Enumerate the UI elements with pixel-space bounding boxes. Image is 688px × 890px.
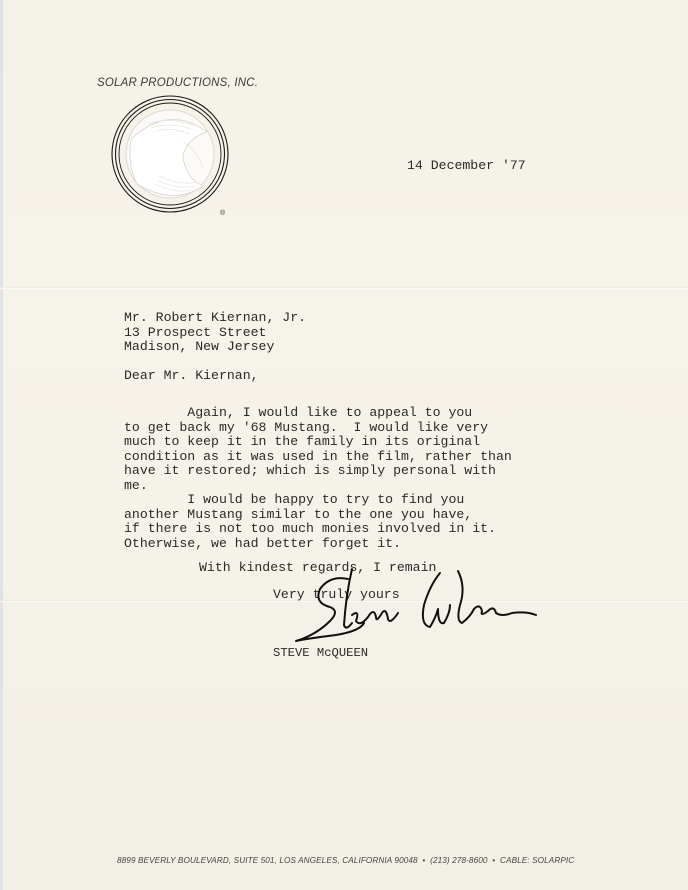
registered-mark: ® xyxy=(220,209,226,217)
body-line: if there is not too much monies involved… xyxy=(124,522,496,537)
body-line: have it restored; which is simply person… xyxy=(124,464,512,479)
body-line: much to keep it in the family in its ori… xyxy=(124,435,512,450)
signer-name: STEVE McQUEEN xyxy=(273,646,368,661)
address-line: Mr. Robert Kiernan, Jr. xyxy=(124,311,306,326)
paper-edge xyxy=(0,0,3,890)
handwritten-signature-icon xyxy=(290,565,540,645)
body-line: Again, I would like to appeal to you xyxy=(124,406,512,421)
paper-fold-line xyxy=(0,287,688,290)
body-line: Otherwise, we had better forget it. xyxy=(124,537,496,552)
body-paragraph: I would be happy to try to find youanoth… xyxy=(124,493,496,551)
address-line: Madison, New Jersey xyxy=(124,340,306,355)
body-line: I would be happy to try to find you xyxy=(124,493,496,508)
body-paragraph: Again, I would like to appeal to youto g… xyxy=(124,406,512,494)
body-line: to get back my '68 Mustang. I would like… xyxy=(124,421,512,436)
recipient-address: Mr. Robert Kiernan, Jr.13 Prospect Stree… xyxy=(124,311,306,355)
embossed-sun-logo-icon: ® xyxy=(99,94,243,218)
company-name: SOLAR PRODUCTIONS, INC. xyxy=(97,77,258,89)
salutation: Dear Mr. Kiernan, xyxy=(124,369,259,384)
body-line: another Mustang similar to the one you h… xyxy=(124,508,496,523)
address-line: 13 Prospect Street xyxy=(124,326,306,341)
letterhead-footer: 8899 BEVERLY BOULEVARD, SUITE 501, LOS A… xyxy=(117,856,574,865)
body-line: condition as it was used in the film, ra… xyxy=(124,450,512,465)
letter-date: 14 December '77 xyxy=(407,159,526,174)
